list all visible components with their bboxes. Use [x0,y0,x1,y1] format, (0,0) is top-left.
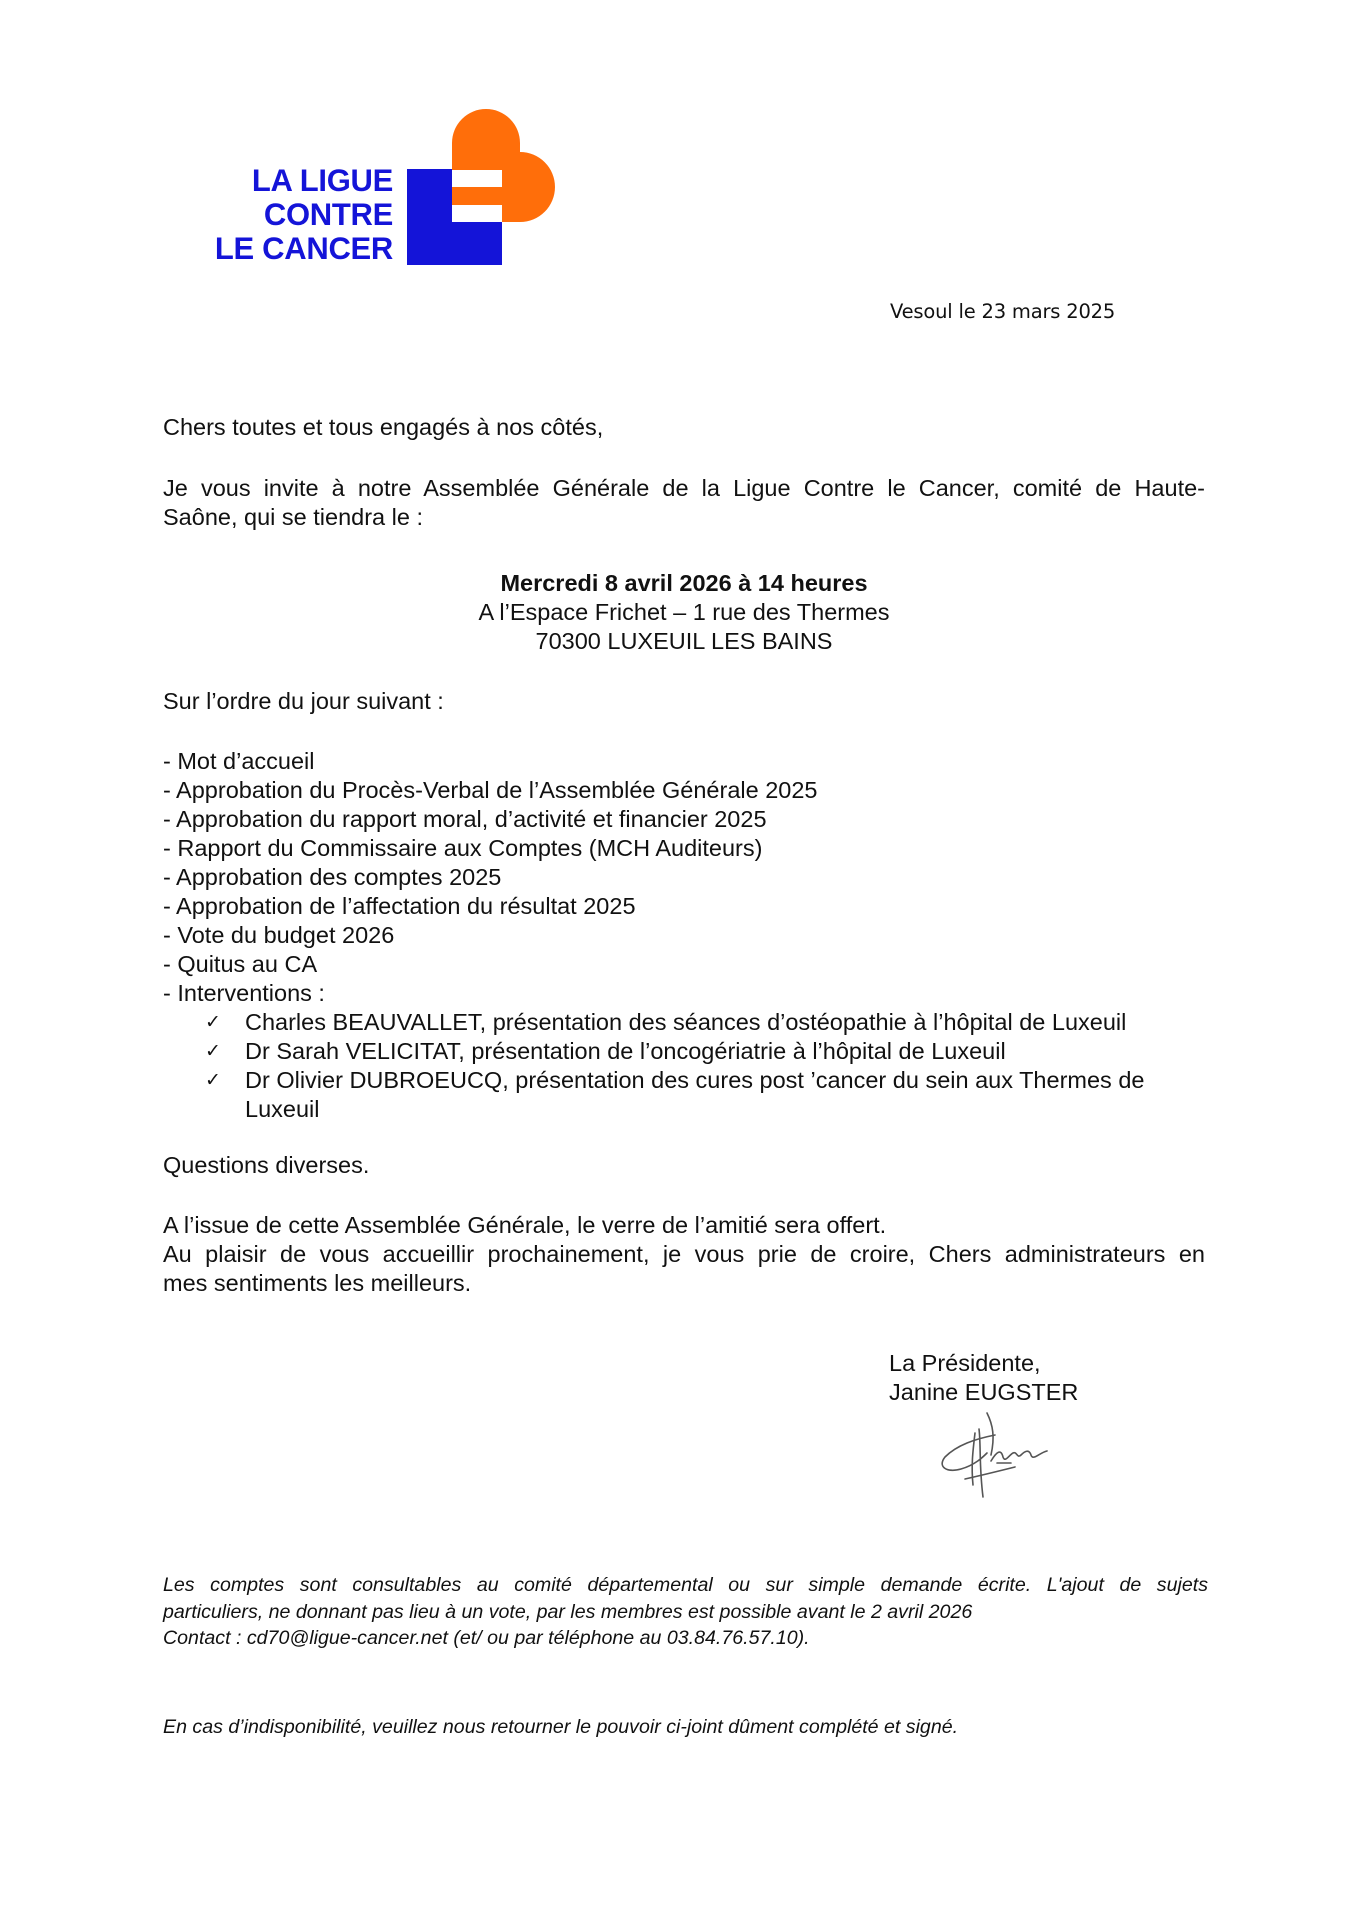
footnote: Les comptes sont consultables au comité … [163,1572,1208,1652]
footnote-line: particuliers, ne donnant pas lieu à un v… [163,1599,1208,1626]
intervention-item: ✓ Dr Sarah VELICITAT, présentation de l’… [163,1037,1144,1066]
logo-line: LA LIGUE [215,164,393,199]
agenda-list: - Mot d’accueil - Approbation du Procès-… [163,747,1144,1124]
agenda-item: - Approbation du rapport moral, d’activi… [163,805,1144,834]
signatory-title: La Présidente, [889,1349,1078,1378]
questions-line: Questions diverses. [163,1151,1205,1180]
heart-logo-icon [400,105,570,275]
closing-line: mes sentiments les meilleurs. [163,1269,1205,1298]
logo-line: LE CANCER [215,232,393,267]
agenda-item: - Quitus au CA [163,950,1144,979]
event-datetime: Mercredi 8 avril 2026 à 14 heures [163,569,1205,598]
agenda-item: - Vote du budget 2026 [163,921,1144,950]
logo-wordmark: LA LIGUE CONTRE LE CANCER [215,164,393,266]
agenda-item: - Interventions : [163,979,1144,1008]
signature-block: La Présidente, Janine EUGSTER [889,1349,1078,1407]
intervention-text: Dr Sarah VELICITAT, présentation de l’on… [245,1037,1144,1066]
agenda-item: - Mot d’accueil [163,747,1144,776]
intervention-text: Dr Olivier DUBROEUCQ, présentation des c… [245,1066,1144,1095]
invitation-line: Je vous invite à notre Assemblée Général… [163,474,1205,503]
checkmark-icon: ✓ [205,1066,221,1095]
closing-paragraph: A l’issue de cette Assemblée Générale, l… [163,1211,1205,1298]
event-details: Mercredi 8 avril 2026 à 14 heures A l’Es… [163,569,1205,656]
intervention-item: ✓ Dr Olivier DUBROEUCQ, présentation des… [163,1066,1144,1124]
checkmark-icon: ✓ [205,1037,221,1066]
closing-line: A l’issue de cette Assemblée Générale, l… [163,1211,1205,1240]
agenda-intro: Sur l’ordre du jour suivant : [163,687,1205,716]
signatory-name: Janine EUGSTER [889,1378,1078,1407]
logo-line: CONTRE [215,198,393,233]
intervention-item: ✓ Charles BEAUVALLET, présentation des s… [163,1008,1144,1037]
final-note: En cas d’indisponibilité, veuillez nous … [163,1714,958,1740]
event-venue: A l’Espace Frichet – 1 rue des Thermes [163,598,1205,627]
footnote-line: Les comptes sont consultables au comité … [163,1572,1208,1599]
invitation-paragraph: Je vous invite à notre Assemblée Général… [163,474,1205,532]
closing-line: Au plaisir de vous accueillir prochainem… [163,1240,1205,1269]
intervention-text-continued: Luxeuil [245,1095,1144,1124]
intervention-text: Charles BEAUVALLET, présentation des séa… [245,1008,1144,1037]
agenda-item: - Approbation des comptes 2025 [163,863,1144,892]
invitation-line: Saône, qui se tiendra le : [163,503,1205,532]
agenda-item: - Approbation du Procès-Verbal de l’Asse… [163,776,1144,805]
event-city: 70300 LUXEUIL LES BAINS [163,627,1205,656]
footnote-contact: Contact : cd70@ligue-cancer.net (et/ ou … [163,1625,1208,1652]
agenda-item: - Rapport du Commissaire aux Comptes (MC… [163,834,1144,863]
salutation: Chers toutes et tous engagés à nos côtés… [163,413,1205,442]
handwritten-signature-icon [935,1405,1055,1505]
date-line: Vesoul le 23 mars 2025 [890,299,1115,325]
checkmark-icon: ✓ [205,1008,221,1037]
agenda-item: - Approbation de l’affectation du résult… [163,892,1144,921]
